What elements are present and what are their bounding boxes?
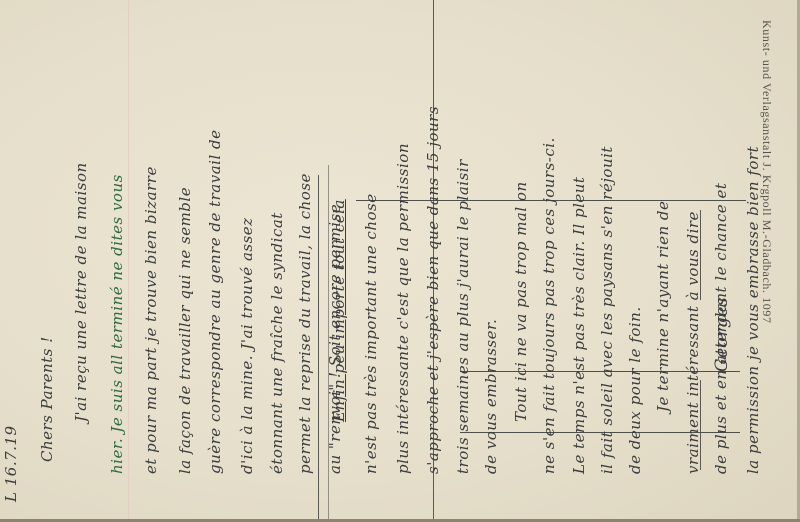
text-line: il fait soleil avec les paysans s'en réj… — [598, 146, 616, 474]
text-line: la façon de travailler qui ne semble — [176, 187, 194, 474]
text-line: Enfin peu importe tout cela — [330, 199, 348, 422]
date: L 16.7.19 — [2, 426, 20, 502]
text-line: hier. Je suis all terminé ne dites vous — [108, 174, 126, 474]
text-line: Je termine n'ayant rien de — [654, 201, 672, 412]
postcard: L 16.7.19 Chers Parents ! J'ai reçu une … — [0, 0, 800, 522]
text-line: d'ici à la mine. J'ai trouvé assez — [238, 217, 256, 474]
text-line: permet la reprise du travail, la chose — [296, 173, 314, 474]
text-line: plus intéressante c'est que la permissio… — [394, 143, 412, 474]
text-line: Tout ici ne va pas trop mal on — [512, 181, 530, 422]
text-line: étonnant une fraîche le syndicat — [268, 212, 286, 474]
text-line: n'est pas très important une chose — [362, 193, 380, 474]
text-line: Le temps n'est pas très clair. Il pleut — [570, 177, 588, 474]
text-line: de deux pour le foin. — [626, 306, 644, 474]
text-line: vraiment intéressant à vous dire — [684, 211, 702, 474]
text-line: guère correspondre au genre de travail d… — [206, 130, 224, 475]
text-line: ne s'en fait toujours pas trop ces jours… — [540, 137, 558, 474]
signature: Georges — [712, 297, 732, 372]
text-line: s'approche et j'espère bien que dans 15 … — [424, 106, 442, 474]
text-line: trois semaines au plus j'aurai le plaisi… — [454, 159, 472, 474]
text-line: J'ai reçu une lettre de la maison — [72, 162, 90, 422]
publisher-imprint: Kunst- und Verlagsanstalt J. Krgpoll M.-… — [759, 20, 774, 324]
text-line: de vous embrasser. — [482, 319, 500, 474]
text-line: et pour ma part je trouve bien bizarre — [142, 166, 160, 474]
handwritten-text-block: L 16.7.19 Chers Parents ! J'ai reçu une … — [0, 0, 800, 522]
salutation: Chers Parents ! — [38, 336, 56, 462]
